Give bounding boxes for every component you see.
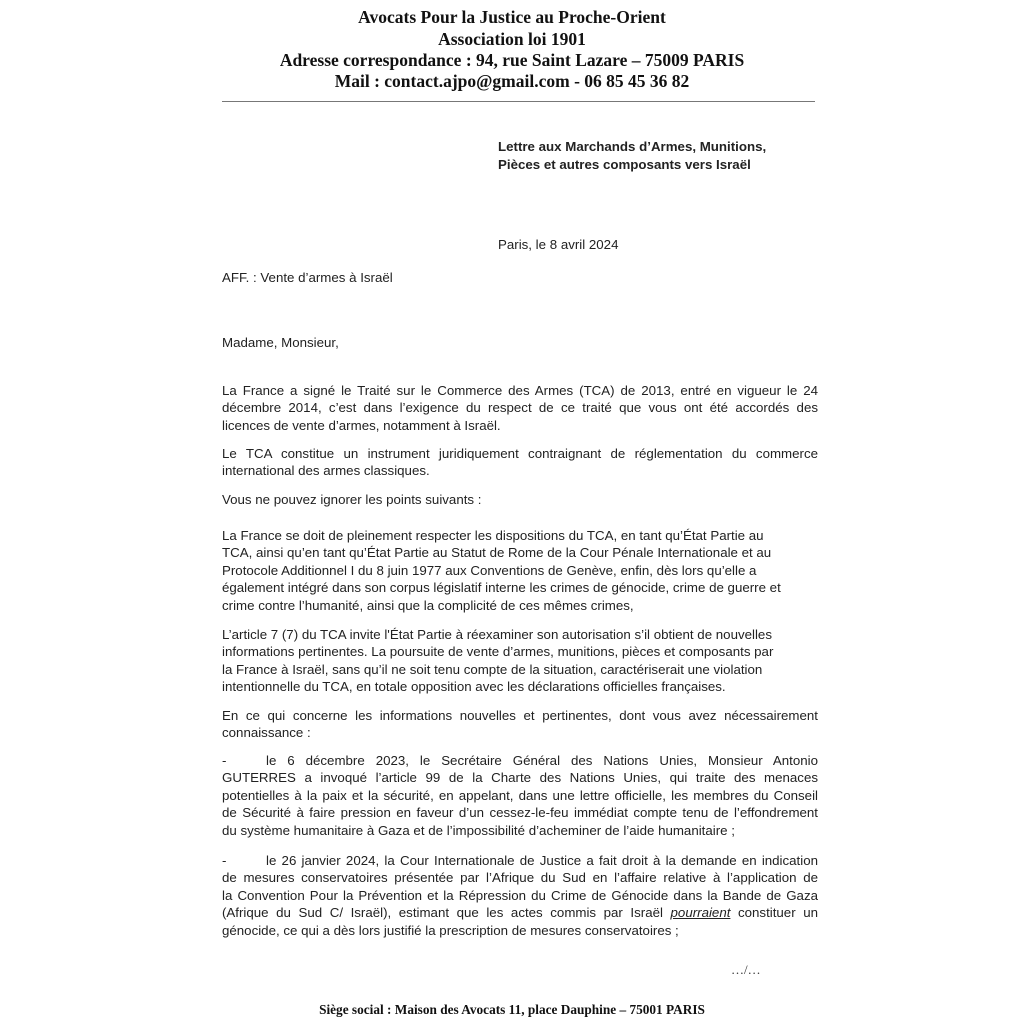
bullet-line: GUTERRES a invoqué l’article 99 de la Ch… <box>222 769 818 786</box>
paragraph-line: TCA, ainsi qu’en tant qu’État Partie au … <box>222 544 818 561</box>
paragraph-line: crime contre l’humanité, ainsi que la co… <box>222 597 818 614</box>
paragraph-line: intentionnelle du TCA, en totale opposit… <box>222 678 818 695</box>
paragraph-line: la France à Israël, sans qu’il ne soit t… <box>222 661 818 678</box>
bullet-line: de mesures conservatoires présentée par … <box>222 869 818 886</box>
paragraph-1: La France a signé le Traité sur le Comme… <box>222 382 818 434</box>
letter-date: Paris, le 8 avril 2024 <box>498 237 618 252</box>
letterhead-address: Adresse correspondance : 94, rue Saint L… <box>0 50 1024 71</box>
letterhead-organization: Avocats Pour la Justice au Proche-Orient <box>0 7 1024 28</box>
paragraph-line: La France se doit de pleinement respecte… <box>222 527 818 544</box>
paragraph-line: décembre 2014, c’est dans l’exigence du … <box>222 399 818 416</box>
recipient-block: Lettre aux Marchands d’Armes, Munitions,… <box>498 138 766 174</box>
paragraph-5: L’article 7 (7) du TCA invite l'État Par… <box>222 626 818 696</box>
bullet-marker: - <box>222 752 266 769</box>
paragraph-line: L’article 7 (7) du TCA invite l'État Par… <box>222 626 818 643</box>
bullet-marker: - <box>222 852 266 869</box>
bullet-line: potentielles à la paix et la sécurité, e… <box>222 787 818 804</box>
bullet-text: le 26 janvier 2024, la Cour Internationa… <box>266 853 818 868</box>
continuation-mark: …/… <box>731 962 761 978</box>
bullet-item-1: -le 6 décembre 2023, le Secrétaire Génér… <box>222 752 818 839</box>
letterhead-contact: Mail : contact.ajpo@gmail.com - 06 85 45… <box>0 71 1024 92</box>
header-divider <box>222 101 815 102</box>
bullet-text: constituer un <box>738 905 818 920</box>
emphasized-word: pourraient <box>671 905 731 920</box>
reference-line: AFF. : Vente d’armes à Israël <box>222 270 393 285</box>
bullet-line: la Convention Pour la Prévention et la R… <box>222 887 818 904</box>
bullet-text: le 6 décembre 2023, le Secrétaire Généra… <box>266 753 818 768</box>
paragraph-4: La France se doit de pleinement respecte… <box>222 527 818 614</box>
paragraph-line: également intégré dans son corpus législ… <box>222 579 818 596</box>
bullet-line-with-emphasis: (Afrique du Sud C/ Israël), estimant que… <box>222 904 818 921</box>
salutation: Madame, Monsieur, <box>222 335 339 350</box>
paragraph-line: Vous ne pouvez ignorer les points suivan… <box>222 491 818 508</box>
paragraph-line: licences de vente d’armes, notamment à I… <box>222 417 818 434</box>
paragraph-2: Le TCA constitue un instrument juridique… <box>222 445 818 480</box>
paragraph-3: Vous ne pouvez ignorer les points suivan… <box>222 491 818 508</box>
recipient-line-1: Lettre aux Marchands d’Armes, Munitions, <box>498 138 766 156</box>
bullet-text: (Afrique du Sud C/ Israël), estimant que… <box>222 905 663 920</box>
bullet-item-2: -le 26 janvier 2024, la Cour Internation… <box>222 852 818 939</box>
bullet-line: de Sécurité à faire pression en faveur d… <box>222 804 818 821</box>
footer-address: Siège social : Maison des Avocats 11, pl… <box>0 1002 1024 1018</box>
paragraph-line: Protocole Additionnel I du 8 juin 1977 a… <box>222 562 818 579</box>
bullet-line: génocide, ce qui a dès lors justifié la … <box>222 922 818 939</box>
paragraph-line: informations pertinentes. La poursuite d… <box>222 643 818 660</box>
paragraph-line: La France a signé le Traité sur le Comme… <box>222 382 818 399</box>
recipient-line-2: Pièces et autres composants vers Israël <box>498 156 766 174</box>
paragraph-line: En ce qui concerne les informations nouv… <box>222 707 818 724</box>
letterhead-status: Association loi 1901 <box>0 29 1024 50</box>
paragraph-line: Le TCA constitue un instrument juridique… <box>222 445 818 462</box>
paragraph-6: En ce qui concerne les informations nouv… <box>222 707 818 742</box>
bullet-line: du système humanitaire à Gaza et de l’im… <box>222 822 818 839</box>
paragraph-line: connaissance : <box>222 724 818 741</box>
paragraph-line: international des armes classiques. <box>222 462 818 479</box>
